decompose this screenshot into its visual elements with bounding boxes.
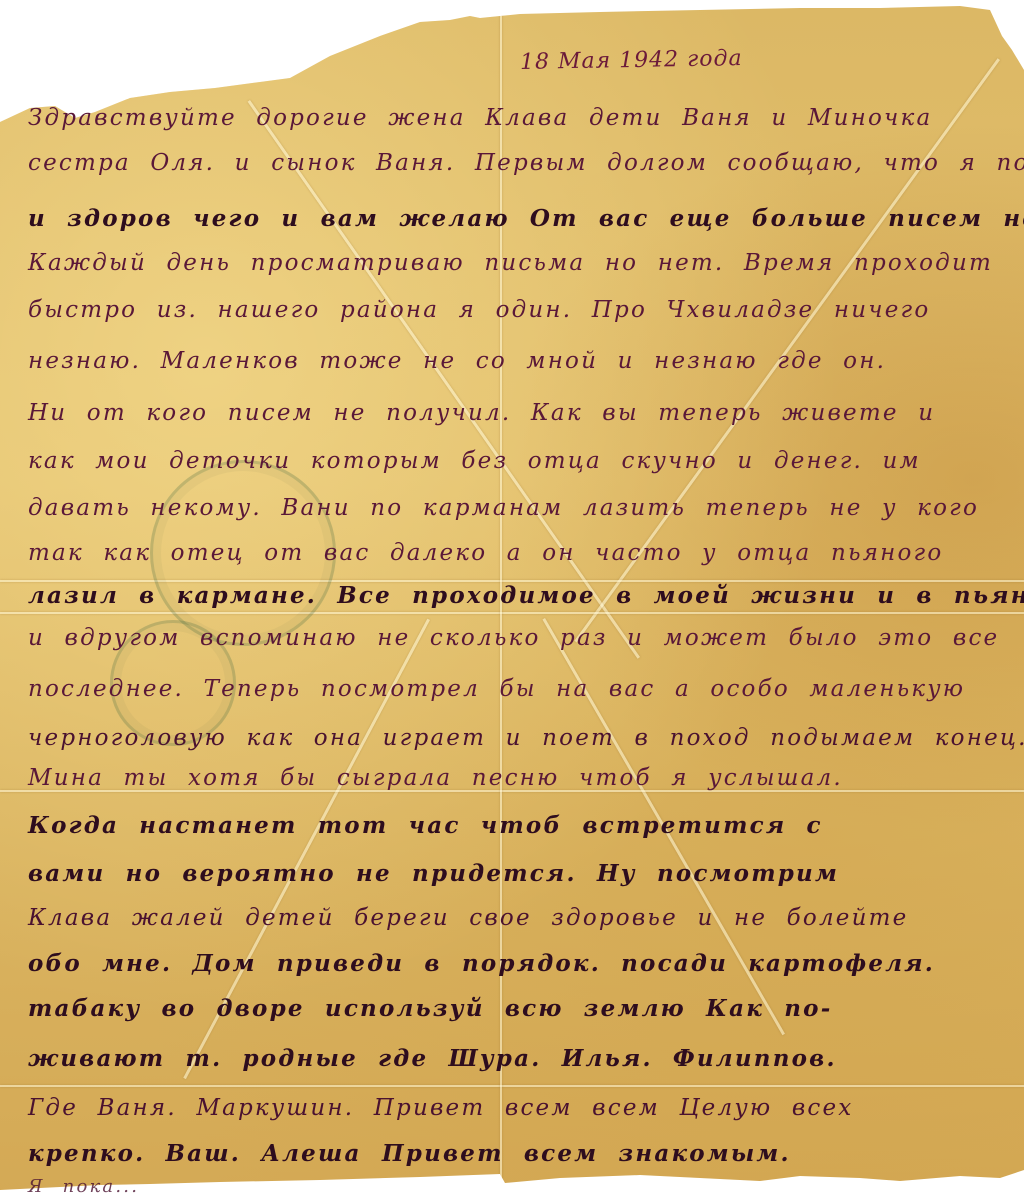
letter-content: 18 Мая 1942 года Здравствуйте дорогие же…	[0, 0, 1024, 1199]
letter-line: лазил в кармане. Все проходимое в моей ж…	[28, 582, 1024, 609]
letter-line: так как отец от вас далеко а он часто у …	[28, 540, 943, 566]
letter-line: и вдругом вспоминаю не сколько раз и мож…	[28, 625, 999, 651]
letter-line: и здоров чего и вам желаю От вас еще бол…	[28, 205, 1024, 232]
letter-line: Где Ваня. Маркушин. Привет всем всем Цел…	[28, 1095, 853, 1121]
letter-line: давать некому. Вани по карманам лазить т…	[28, 495, 979, 521]
letter-line: Ни от кого писем не получил. Как вы тепе…	[28, 400, 935, 426]
letter-line: вами но вероятно не придется. Ну посмотр…	[28, 860, 839, 887]
letter-line: Мина ты хотя бы сыграла песню чтоб я усл…	[28, 765, 843, 791]
letter-line: быстро из. нашего района я один. Про Чхв…	[28, 297, 930, 323]
letter-line: как мои деточки которым без отца скучно …	[28, 448, 921, 474]
letter-line: Когда настанет тот час чтоб встретится с	[28, 812, 823, 839]
letter-line: сестра Оля. и сынок Ваня. Первым долгом …	[28, 150, 1024, 176]
letter-line: обо мне. Дом приведи в порядок. посади к…	[28, 950, 935, 977]
letter-line: Каждый день просматриваю письма но нет. …	[28, 250, 993, 276]
letter-line: Здравствуйте дорогие жена Клава дети Ван…	[28, 105, 932, 131]
torn-fragment-text: Я пока...	[28, 1176, 139, 1197]
letter-line: табаку во дворе используй всю землю Как …	[28, 995, 832, 1022]
letter-line: Клава жалей детей береги свое здоровье и…	[28, 905, 908, 931]
letter-line: живают т. родные где Шура. Илья. Филиппо…	[28, 1045, 837, 1072]
letter-line: черноголовую как она играет и поет в пох…	[28, 725, 1024, 751]
letter-line: незнаю. Маленков тоже не со мной и незна…	[28, 348, 886, 374]
letter-line: последнее. Теперь посмотрел бы на вас а …	[28, 676, 965, 702]
letter-date: 18 Мая 1942 года	[520, 46, 743, 75]
letter-line: крепко. Ваш. Алеша Привет всем знакомым.	[28, 1140, 791, 1167]
